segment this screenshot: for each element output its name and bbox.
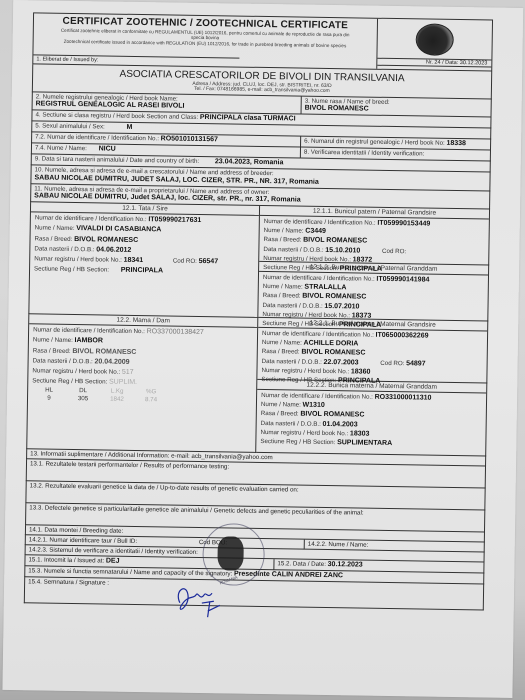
- signature-label: 15.4. Semnatura / Signature :: [28, 579, 109, 587]
- mgs-name: ACHILLE DORIA: [303, 340, 358, 348]
- id-value: RO501010131567: [161, 136, 218, 144]
- bull-id-label: 14.2.1. Numar identificare taur / Bull I…: [29, 536, 137, 545]
- dam-perf-value: 305: [66, 394, 100, 402]
- issued-at-label: 15.1. Intocmit la / Issued at:: [28, 557, 104, 565]
- certificate-number: Nr. 24 / Data: 30.12.2023: [377, 57, 491, 67]
- dam-section-label: Sectiune Reg / HB Section:: [32, 377, 107, 385]
- dam-perf-col: L.Kg1842: [100, 387, 134, 402]
- pgd-name: STRALALLA: [304, 284, 346, 292]
- sire-dob-label: Data nasterii / D.O.B.:: [34, 245, 94, 253]
- mgd-id: RO331000011310: [375, 394, 432, 402]
- dam-id: RO337000138427: [147, 328, 204, 336]
- pgs-breed-label: Rasa / Breed:: [263, 236, 301, 244]
- section-class-value: PRINCIPALA clasa TURMACI: [200, 114, 296, 123]
- sire-breed-label: Rasa / Breed:: [34, 235, 72, 243]
- herdbook-no-label: 6. Numarul din registrul genealogic / He…: [304, 138, 445, 147]
- dam-dob-label: Data nasterii / D.O.B.:: [33, 357, 93, 365]
- certificate-header: CERTIFICAT ZOOTEHNIC / ZOOTECHNICAL CERT…: [32, 12, 493, 71]
- mgs-dob: 22.07.2003: [324, 358, 359, 366]
- verification-label: 8. Verificarea identitatii / Identity ve…: [304, 149, 424, 158]
- zootechnical-certificate: CERTIFICAT ZOOTEHNIC / ZOOTECHNICAL CERT…: [24, 12, 493, 610]
- animal-name-value: NICU: [99, 146, 116, 153]
- mgd-breed-label: Rasa / Breed:: [261, 410, 299, 418]
- pgd-name-label: Nume / Name:: [263, 283, 303, 291]
- pedigree-parents: 12.1. Tata / Sire Numar de identificare …: [26, 202, 260, 453]
- dam-herdbook: 517: [122, 369, 134, 376]
- sire-herdbook: 18341: [124, 257, 144, 264]
- dam-section: SUPLIM.: [109, 378, 137, 385]
- date-value: 30.12.2023: [328, 561, 363, 569]
- dam-performance-table: HL9DL305L.Kg1842%G8.74: [32, 386, 252, 404]
- mgs-codro-label: Cod RO:: [380, 359, 404, 366]
- mgs-codro: 54897: [406, 360, 426, 367]
- pgd-herdbook: 18373: [352, 312, 372, 319]
- dam-perf-col: %G8.74: [134, 388, 168, 403]
- dam-dob: 20.04.2009: [94, 358, 129, 366]
- section-class-label: 4. Sectiune si clasa registru / Herd boo…: [35, 112, 198, 122]
- pgs-dob: 15.10.2010: [325, 246, 360, 254]
- pgd-id: IT059990141984: [376, 276, 429, 284]
- stamp-emblem-icon: [217, 536, 244, 570]
- mgd-name: W1310: [303, 402, 325, 409]
- sire-name: VIVALDI DI CASABIANCA: [76, 225, 161, 233]
- mgs-breed: BIVOL ROMANESC: [301, 349, 365, 357]
- dam-herdbook-label: Numar registru / Herd book No.:: [32, 367, 120, 375]
- sire-codro: 56547: [199, 258, 219, 265]
- sire-codro-label: Cod RO:: [173, 257, 197, 264]
- dam-block: 12.2. Mama / Dam Numar de identificare /…: [26, 314, 258, 453]
- sire-name-label: Nume / Name:: [35, 225, 75, 233]
- sire-herdbook-label: Numar registru / Herd book No.:: [34, 255, 122, 263]
- dob-value: 23.04.2023, Romania: [215, 159, 284, 167]
- breed-field: 3. Nume rasa / Name of breed: BIVOL ROMA…: [302, 97, 492, 118]
- pgd-herdbook-label: Numar registru / Herd book No.:: [262, 311, 350, 319]
- mgd-section-label: Sectiune Reg / HB Section:: [260, 438, 335, 446]
- sire-section: PRINCIPALA: [121, 267, 163, 275]
- dam-breed-label: Rasa / Breed:: [33, 347, 71, 355]
- sire-section-label: Sectiune Reg / HB Section:: [34, 265, 109, 273]
- date-label: 15.2. Data / Date:: [277, 560, 326, 568]
- mgd-dob-label: Data nasterii / D.O.B.:: [261, 419, 321, 427]
- pgd-dob-label: Data nasterii / D.O.B.:: [262, 301, 322, 309]
- header-logo-block: Nr. 24 / Data: 30.12.2023: [377, 19, 492, 71]
- sire-dob: 04.06.2012: [96, 246, 131, 254]
- mgd-name-label: Nume / Name:: [261, 401, 301, 409]
- maternal-granddam-block: 12.2.2. Bunica materna / Maternal Grandd…: [256, 380, 487, 457]
- pgd-breed: BIVOL ROMANESC: [302, 293, 366, 301]
- dam-perf-value: 1842: [100, 395, 134, 403]
- mgd-herdbook-label: Numar registru / Herd book No.:: [260, 429, 348, 437]
- sire-block: 12.1. Tata / Sire Numar de identificare …: [28, 202, 260, 318]
- dob-label: 9. Data si tara nasterii animalului / Da…: [35, 156, 199, 166]
- mgs-id: IT065000362269: [376, 332, 429, 340]
- sire-id: IT059990217631: [148, 216, 201, 224]
- dam-perf-value: 8.74: [134, 395, 168, 403]
- pgs-dob-label: Data nasterii / D.O.B.:: [263, 245, 323, 253]
- pgs-name-label: Nume / Name:: [264, 227, 304, 235]
- pedigree-grandparents: 12.1.1. Bunicul patern / Paternal Grands…: [256, 206, 490, 457]
- mgs-dob-label: Data nasterii / D.O.B.:: [262, 357, 322, 365]
- dam-perf-value: 9: [32, 394, 66, 402]
- animal-name-label: 7.4. Nume / Name:: [35, 145, 87, 153]
- dam-breed: BIVOL ROMANESC: [72, 347, 136, 355]
- dam-id-label: Numar de identificare / Identification N…: [33, 327, 145, 336]
- mgs-breed-label: Rasa / Breed:: [262, 348, 300, 356]
- dam-name-label: Nume / Name:: [33, 337, 73, 345]
- pgd-dob: 15.07.2010: [324, 302, 359, 310]
- mgd-herdbook: 18303: [350, 430, 370, 437]
- buffalo-logo-icon: [415, 23, 453, 56]
- pgd-breed-label: Rasa / Breed:: [263, 292, 301, 300]
- pgs-herdbook: 18372: [353, 256, 373, 263]
- signature-icon: [172, 581, 233, 622]
- mgd-section: SUPLIMENTARA: [337, 439, 392, 447]
- certificate-paper: CERTIFICAT ZOOTEHNIC / ZOOTECHNICAL CERT…: [2, 0, 523, 698]
- mgs-herdbook-label: Numar registru / Herd book No.:: [261, 367, 349, 375]
- dam-name: IAMBOR: [75, 337, 103, 344]
- paternal-grandsire-block: 12.1.1. Bunicul patern / Paternal Grands…: [259, 206, 490, 266]
- sire-id-label: Numar de identificare / Identification N…: [35, 215, 147, 224]
- sex-value: M: [126, 124, 132, 131]
- dam-perf-col: DL305: [66, 387, 100, 402]
- pedigree: 12.1. Tata / Sire Numar de identificare …: [26, 202, 490, 456]
- mgd-dob: 01.04.2003: [323, 420, 358, 428]
- breed-value: BIVOL ROMANESC: [305, 105, 488, 116]
- sire-breed: BIVOL ROMANESC: [74, 236, 138, 244]
- mgs-name-label: Nume / Name:: [262, 339, 302, 347]
- header-title-block: CERTIFICAT ZOOTEHNIC / ZOOTECHNICAL CERT…: [33, 13, 377, 68]
- pgs-herdbook-label: Numar registru / Herd book No.:: [263, 255, 351, 263]
- pgs-breed: BIVOL ROMANESC: [303, 237, 367, 245]
- herdbook-no-value: 18338: [446, 140, 466, 147]
- pgs-codro-label: Cod RO:: [382, 247, 406, 254]
- issued-at-value: DEJ: [106, 558, 120, 565]
- pgs-name: C3449: [305, 228, 326, 235]
- id-label: 7.2. Numar de identificare / Identificat…: [35, 134, 159, 143]
- pgs-id: IT059990153449: [377, 220, 430, 228]
- mgs-herdbook: 18360: [351, 368, 371, 375]
- sex-label: 5. Sexul animalului / Sex:: [35, 123, 105, 131]
- dam-perf-col: HL9: [32, 386, 66, 401]
- mgd-breed: BIVOL ROMANESC: [300, 411, 364, 419]
